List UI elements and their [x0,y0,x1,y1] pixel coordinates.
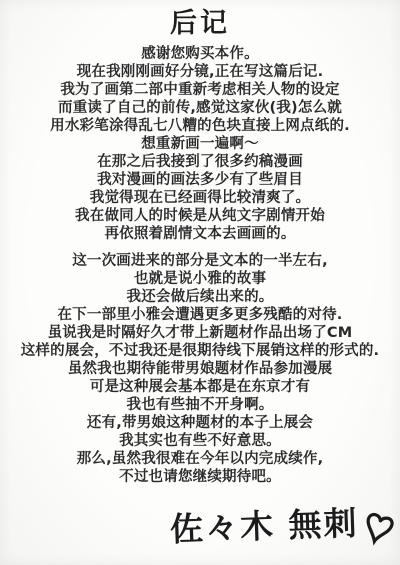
afterword-line: 这一次画进来的部分是文本的一半左右, [0,252,400,270]
afterword-line: 我也有些抽不开身啊。 [0,396,400,414]
afterword-line: 我还会做后续出来的。 [0,288,400,306]
afterword-line: 虽然我也期待能带男娘题材作品参加漫展 [0,360,400,378]
afterword-page: 后记 感谢您购买本作。 现在我刚刚画好分镜,正在写这篇后记. 我为了画第二部中重… [0,0,400,565]
afterword-line: 我觉得现在已经画得比较清爽了。 [0,189,400,207]
afterword-line: 想重新画一遍啊〜 [0,135,400,153]
author-name: 佐々木 無刺 [169,497,359,551]
afterword-line: 我为了画第二部中重新考虑相关人物的设定 [0,81,400,99]
afterword-line: 那么,虽然我很难在今年以内完成续作, [0,450,400,468]
afterword-line: 也就是说小雅的故事 [0,270,400,288]
afterword-line: 可是这种展会基本都是在东京才有 [0,378,400,396]
afterword-line: 而重读了自己的前传,感觉这家伙(我)怎么就 [0,99,400,117]
afterword-line: 现在我刚刚画好分镜,正在写这篇后记. [0,63,400,81]
afterword-line: 我其实也有些不好意思。 [0,432,400,450]
author-signature: 佐々木 無刺 [169,496,393,554]
afterword-line: 这样的展会，不过我还是很期待线下展销这样的形式的. [0,342,400,360]
afterword-line: 还有,带男娘这种题材的本子上展会 [0,414,400,432]
afterword-line: 我对漫画的画法多少有了些眉目 [0,171,400,189]
afterword-line: 不过也请您继续期待吧。 [0,468,400,486]
afterword-line: 在下一部里小雅会遭遇更多更多残酷的对待. [0,306,400,324]
afterword-line: 虽说我是时隔好久才带上新题材作品出场了CM [0,324,400,342]
afterword-line: 用水彩笔涂得乱七八糟的色块直接上网点纸的. [0,117,400,135]
afterword-body: 感谢您购买本作。 现在我刚刚画好分镜,正在写这篇后记. 我为了画第二部中重新考虑… [0,45,400,486]
afterword-line: 在那之后我接到了很多约稿漫画 [0,153,400,171]
afterword-line: 我在做同人的时候是从纯文字剧情开始 [0,207,400,225]
heart-icon [358,508,396,550]
page-title: 后记 [0,7,400,41]
afterword-line: 再依照着剧情文本去画画的。 [0,225,400,243]
afterword-line: 感谢您购买本作。 [0,45,400,63]
